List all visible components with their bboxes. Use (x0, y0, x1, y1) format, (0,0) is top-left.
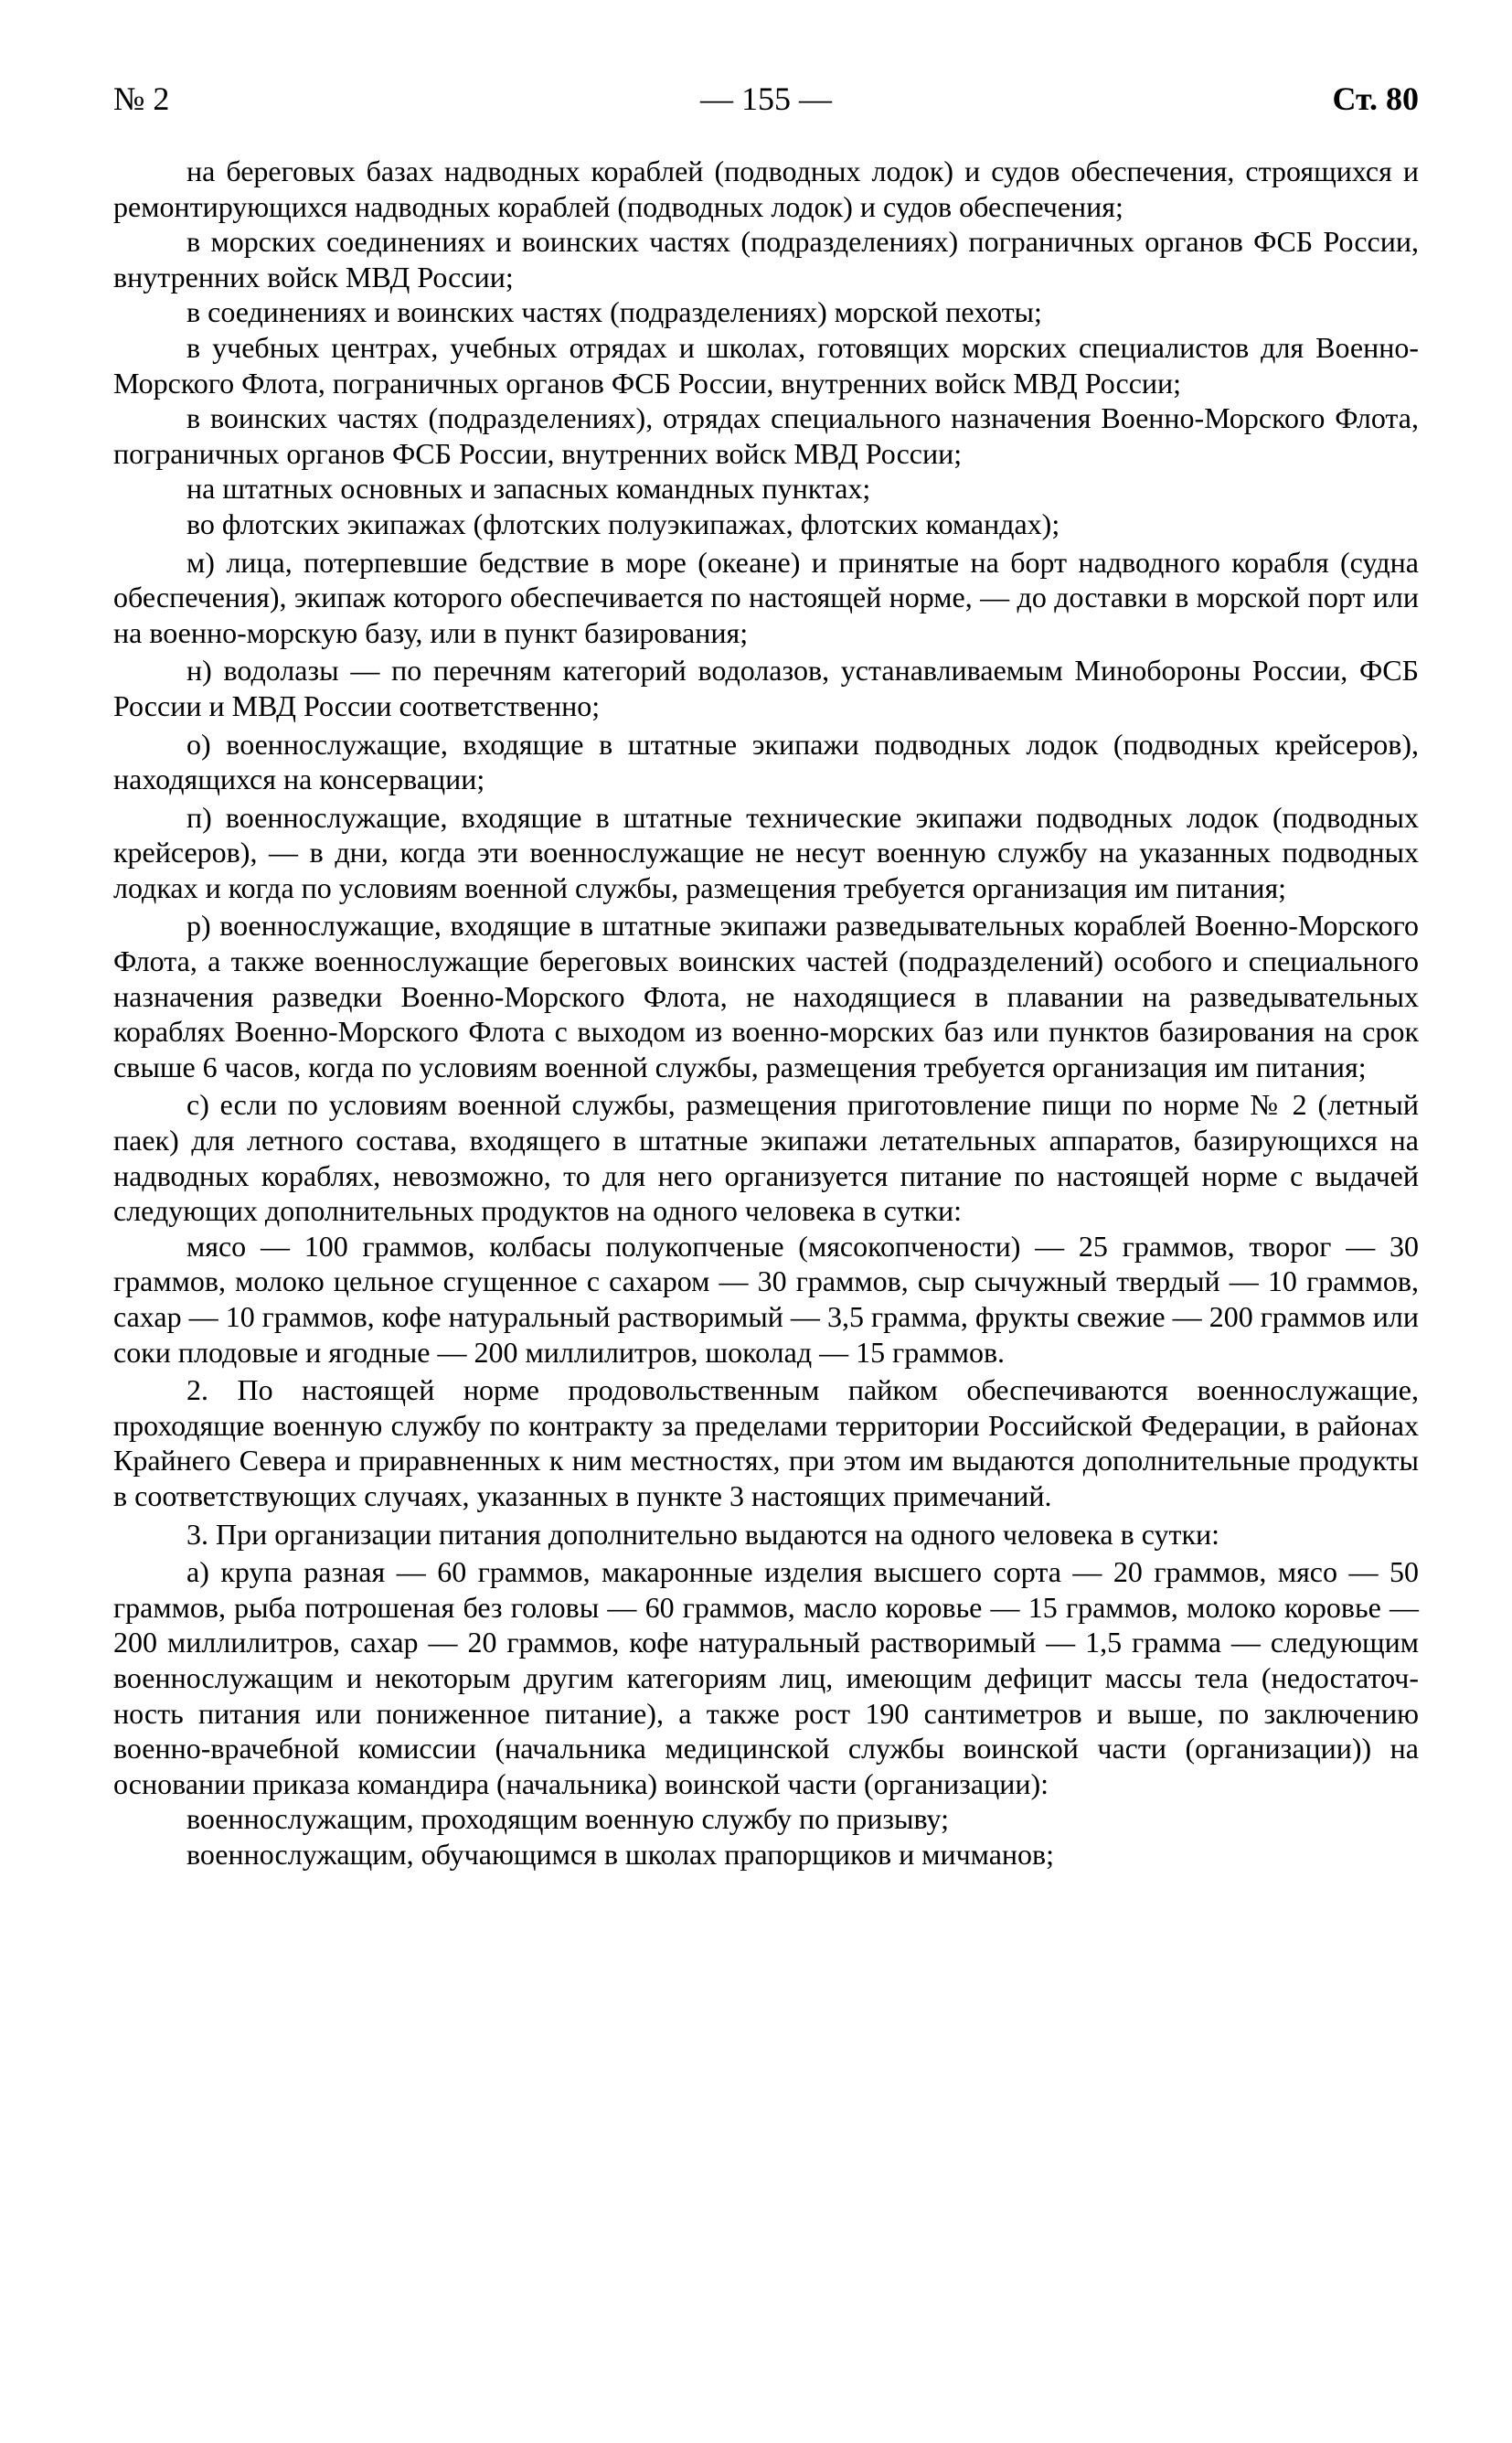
paragraph: во флотских экипажах (флотских полуэкипа… (113, 507, 1419, 542)
paragraph-note-3: 3. При организации питания дополнительно… (113, 1517, 1419, 1552)
paragraph: военнослужащим, проходящим военную служб… (113, 1801, 1419, 1837)
paragraph-item-n: н) водолазы — по перечням категорий водо… (113, 653, 1419, 723)
paragraph-item-r: р) военнослужащие, входящие в штатные эк… (113, 908, 1419, 1084)
paragraph-note-2: 2. По настоящей норме продовольственным … (113, 1372, 1419, 1513)
paragraph-item-s: с) если по условиям военной службы, разм… (113, 1087, 1419, 1228)
paragraph-item-p: п) военнослужащие, входящие в штатные те… (113, 800, 1419, 906)
page-number: — 155 — (113, 79, 1419, 119)
page-header: № 2 — 155 — Ст. 80 (113, 79, 1419, 119)
page-body: на береговых базах надводных кораблей (п… (113, 154, 1419, 1872)
document-page: № 2 — 155 — Ст. 80 на береговых базах на… (113, 79, 1419, 1872)
paragraph: военнослужащим, обучающимся в школах пра… (113, 1837, 1419, 1872)
paragraph-products-list: мясо — 100 граммов, колбасы полукопченые… (113, 1229, 1419, 1370)
paragraph: в воинских частях (подразделениях), отря… (113, 400, 1419, 471)
paragraph: в морских соединениях и воинских частях … (113, 224, 1419, 294)
paragraph-item-m: м) лица, потерпевшие бедствие в море (ок… (113, 545, 1419, 651)
paragraph-item-o: о) военнослужащие, входящие в штатные эк… (113, 727, 1419, 797)
paragraph: в учебных центрах, учебных отрядах и шко… (113, 330, 1419, 400)
paragraph-item-a: а) крупа разная — 60 граммов, макаронные… (113, 1554, 1419, 1801)
paragraph: в соединениях и воинских частях (подразд… (113, 294, 1419, 330)
article-number: Ст. 80 (1333, 79, 1420, 119)
paragraph: на штатных основных и запасных командных… (113, 471, 1419, 507)
paragraph: на береговых базах надводных кораблей (п… (113, 154, 1419, 224)
